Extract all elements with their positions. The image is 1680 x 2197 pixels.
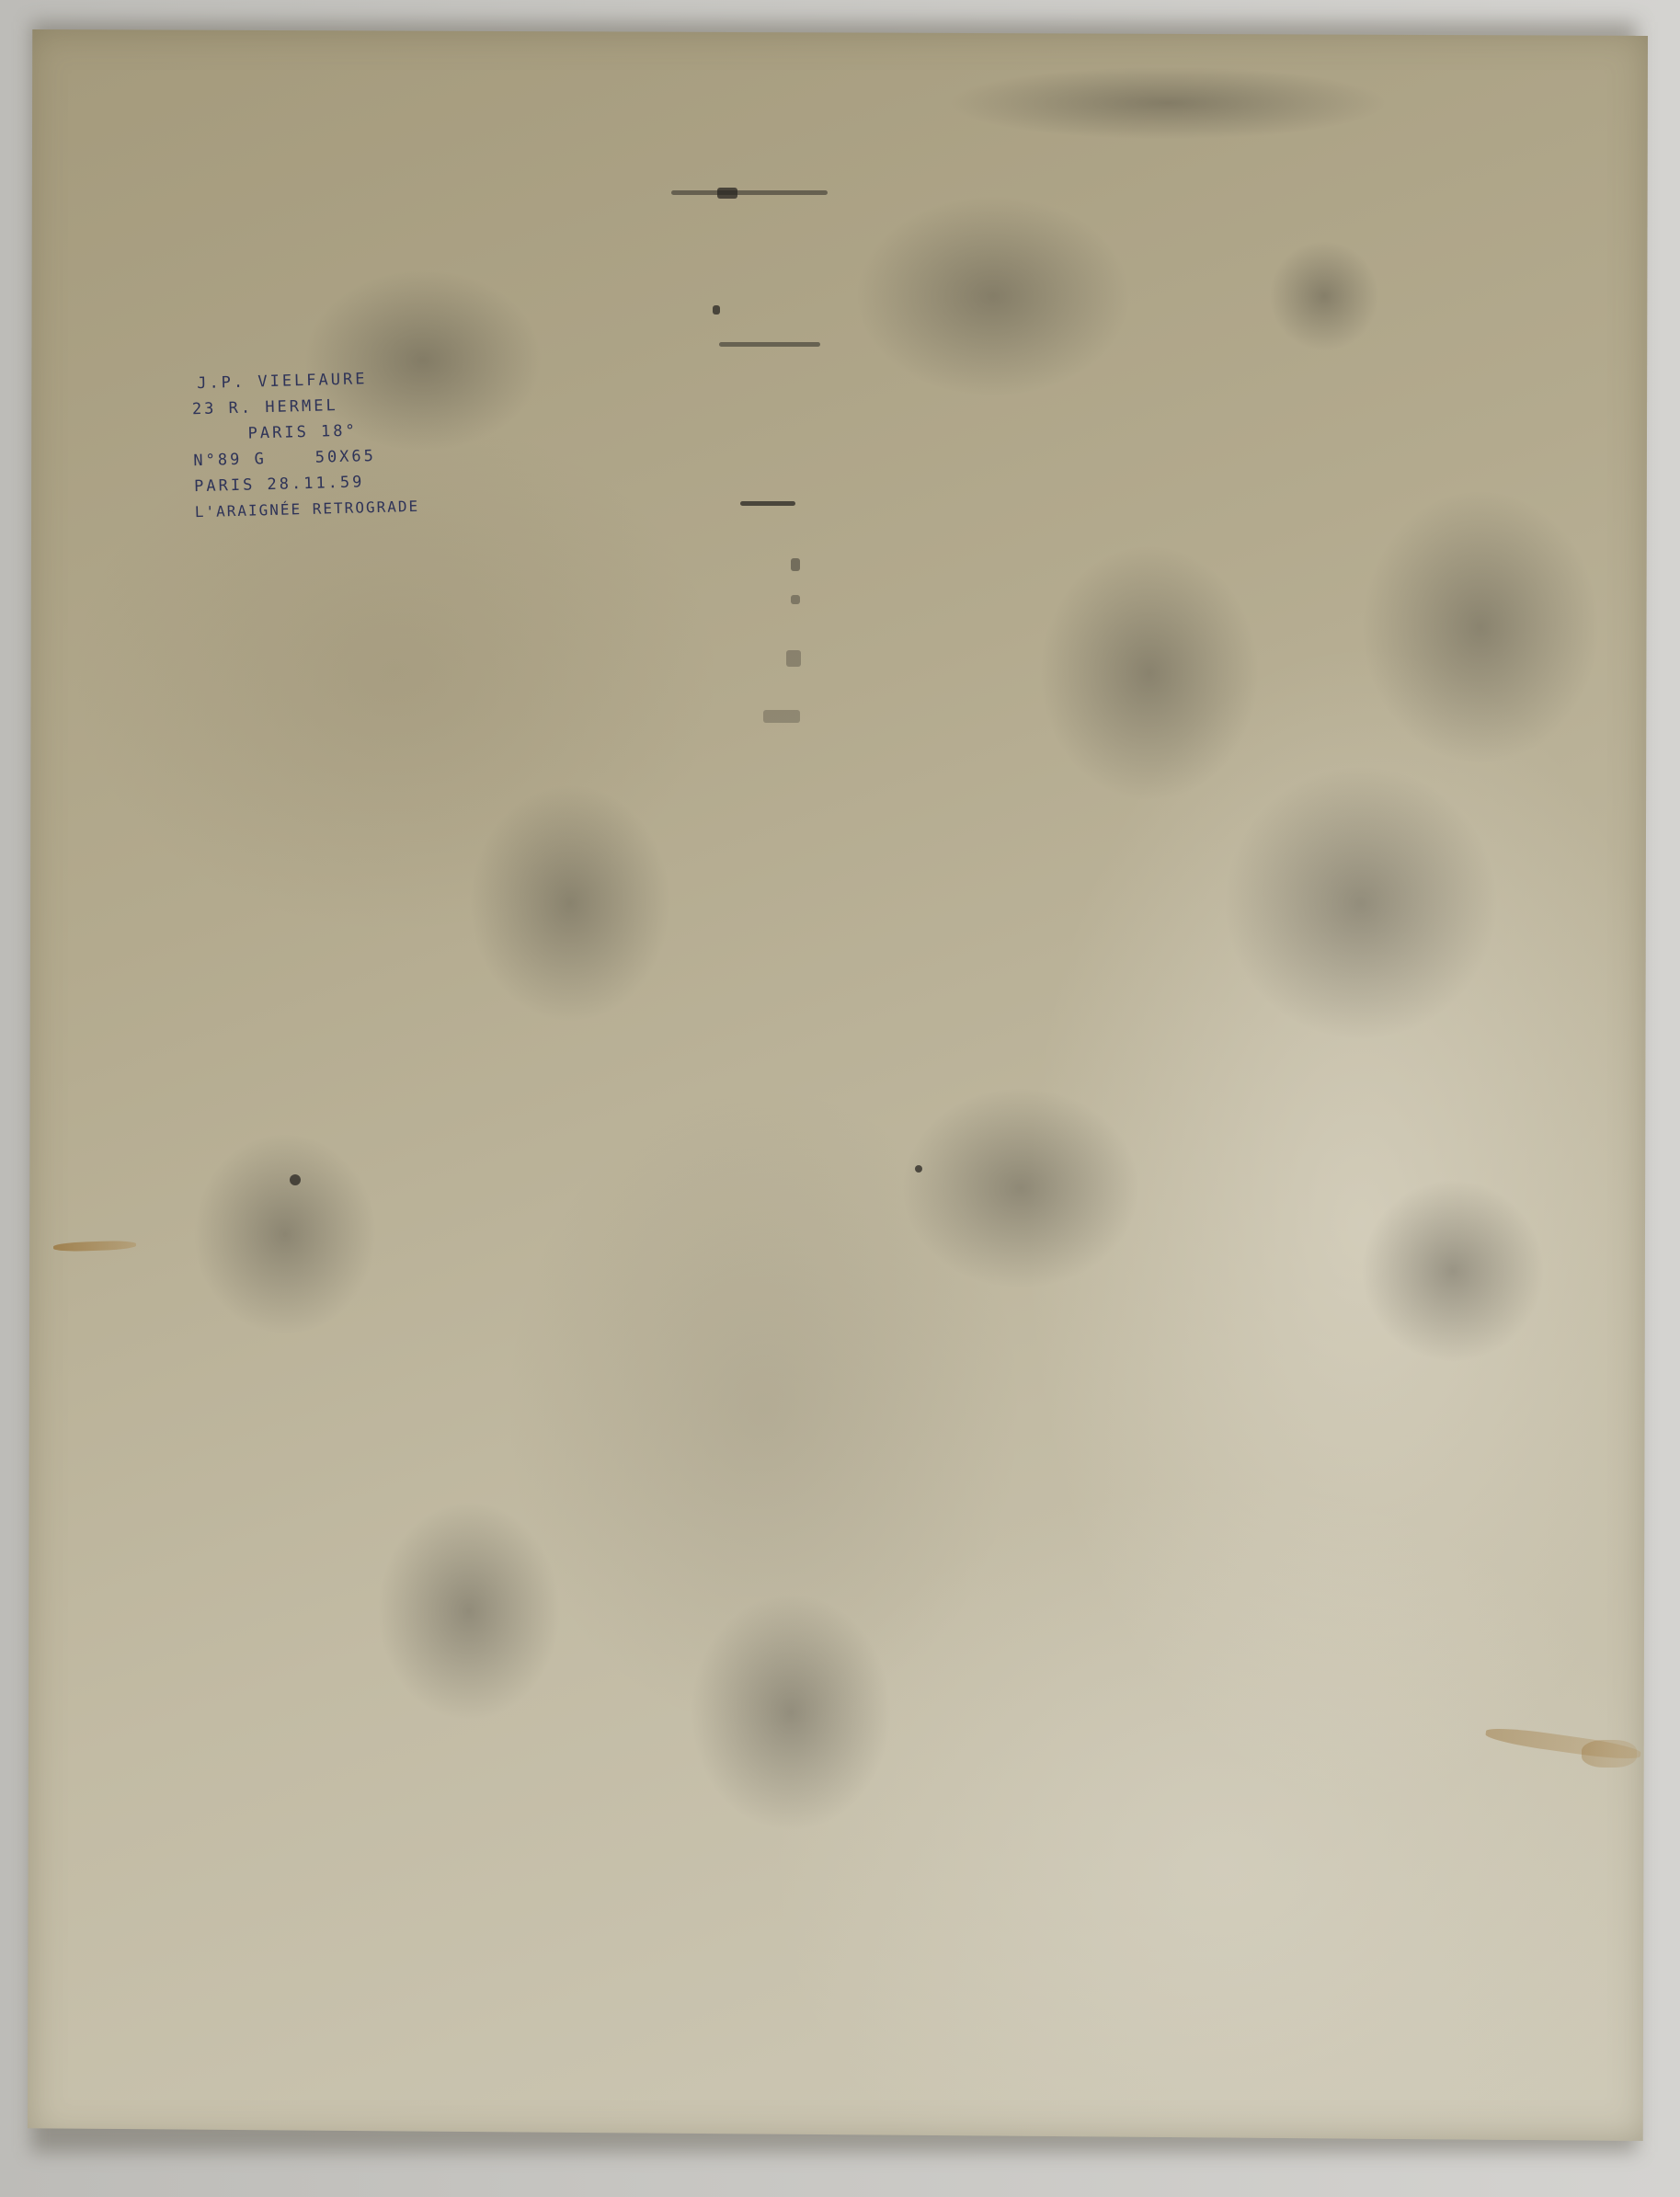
smudge bbox=[855, 195, 1131, 397]
charcoal-mark bbox=[786, 650, 801, 667]
charcoal-mark bbox=[717, 188, 737, 199]
handwritten-inscription: J.P. VIELFAURE 23 R. HERMEL PARIS 18° N°… bbox=[191, 365, 420, 525]
work-title: L'ARAIGNÉE RETROGRADE bbox=[195, 494, 420, 525]
smudge bbox=[901, 1087, 1140, 1289]
smudge bbox=[947, 66, 1389, 140]
charcoal-mark bbox=[791, 558, 800, 571]
charcoal-mark bbox=[719, 342, 820, 347]
smudge bbox=[1269, 241, 1379, 351]
charcoal-mark bbox=[671, 190, 828, 195]
paper-sheet-back: J.P. VIELFAURE 23 R. HERMEL PARIS 18° N°… bbox=[28, 29, 1648, 2141]
smudge bbox=[193, 1133, 377, 1335]
smudge bbox=[1039, 544, 1260, 802]
tape-stain bbox=[53, 1240, 136, 1252]
smudge bbox=[1223, 765, 1499, 1041]
charcoal-mark bbox=[763, 710, 800, 723]
smudge bbox=[1361, 1179, 1545, 1363]
tape-stain bbox=[1582, 1740, 1637, 1768]
charcoal-mark bbox=[290, 1174, 301, 1185]
charcoal-mark bbox=[791, 595, 800, 604]
smudge bbox=[1361, 489, 1600, 765]
charcoal-mark bbox=[915, 1165, 922, 1173]
charcoal-mark bbox=[740, 501, 795, 506]
smudge bbox=[690, 1593, 892, 1832]
charcoal-mark bbox=[713, 305, 720, 315]
smudge bbox=[377, 1501, 561, 1722]
smudge bbox=[469, 784, 671, 1023]
